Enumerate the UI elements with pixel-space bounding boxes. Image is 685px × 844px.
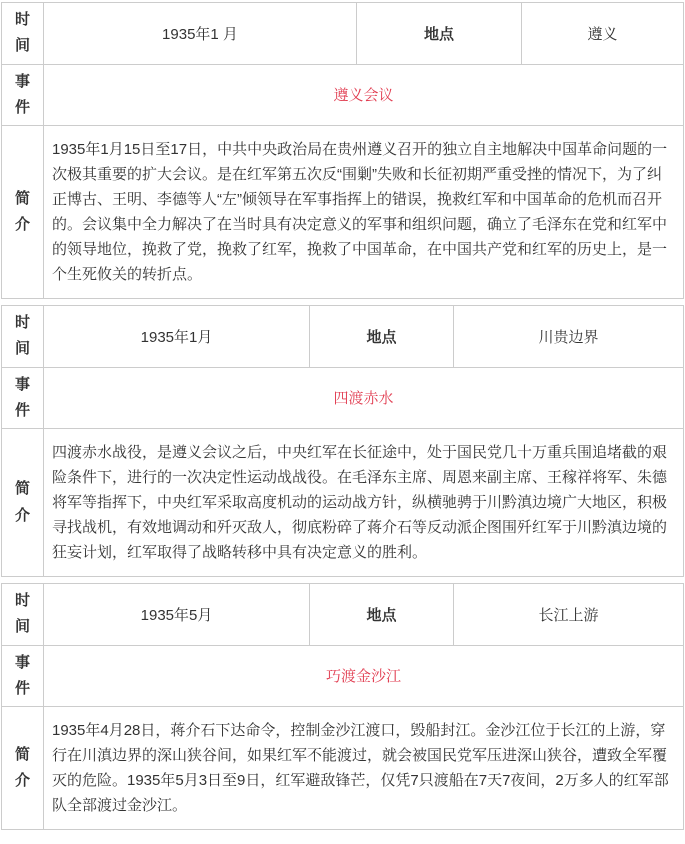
table-row: 事件 四渡赤水	[2, 367, 684, 429]
intro-label-cell: 简介	[2, 126, 44, 299]
table-row: 时间 1935年1 月 地点 遵义	[2, 3, 684, 65]
place-value: 遵义	[522, 3, 684, 65]
table-row: 简介 四渡赤水战役，是遵义会议之后，中央红军在长征途中，处于国民党几十万重兵围追…	[2, 429, 684, 577]
intro-text: 1935年1月15日至17日，中共中央政治局在贵州遵义召开的独立自主地解决中国革…	[44, 126, 684, 299]
table-row: 事件 巧渡金沙江	[2, 645, 684, 707]
time-label-cell: 时间	[2, 3, 44, 65]
time-value: 1935年1 月	[44, 3, 357, 65]
event-label: 事件	[14, 69, 31, 122]
table-row: 时间 1935年1月 地点 川贵边界	[2, 306, 684, 368]
time-label: 时间	[14, 7, 31, 60]
place-label: 地点	[357, 3, 522, 65]
intro-label-cell: 简介	[2, 429, 44, 577]
event-label-cell: 事件	[2, 64, 44, 126]
time-label: 时间	[14, 588, 31, 641]
event-table-sidu-chishui: 时间 1935年1月 地点 川贵边界 事件 四渡赤水 简介 四渡赤水战役，是遵义…	[1, 305, 684, 577]
event-label-cell: 事件	[2, 645, 44, 707]
time-label-cell: 时间	[2, 306, 44, 368]
place-label: 地点	[310, 306, 454, 368]
intro-label: 简介	[14, 476, 31, 529]
event-title: 遵义会议	[44, 64, 684, 126]
event-label: 事件	[14, 372, 31, 425]
event-label: 事件	[14, 650, 31, 703]
intro-label: 简介	[14, 742, 31, 795]
intro-label: 简介	[14, 186, 31, 239]
event-title: 巧渡金沙江	[44, 645, 684, 707]
time-value: 1935年1月	[44, 306, 310, 368]
table-row: 时间 1935年5月 地点 长江上游	[2, 584, 684, 646]
time-label-cell: 时间	[2, 584, 44, 646]
intro-text: 1935年4月28日，蒋介石下达命令，控制金沙江渡口，毁船封江。金沙江位于长江的…	[44, 707, 684, 830]
event-table-jinsha-river: 时间 1935年5月 地点 长江上游 事件 巧渡金沙江 简介 1935年4月28…	[1, 583, 684, 830]
table-row: 事件 遵义会议	[2, 64, 684, 126]
intro-text: 四渡赤水战役，是遵义会议之后，中央红军在长征途中，处于国民党几十万重兵围追堵截的…	[44, 429, 684, 577]
event-label-cell: 事件	[2, 367, 44, 429]
intro-label-cell: 简介	[2, 707, 44, 830]
place-label: 地点	[310, 584, 454, 646]
event-table-zunyi: 时间 1935年1 月 地点 遵义 事件 遵义会议 简介 1935年1月15日至…	[1, 2, 684, 299]
event-title: 四渡赤水	[44, 367, 684, 429]
table-row: 简介 1935年1月15日至17日，中共中央政治局在贵州遵义召开的独立自主地解决…	[2, 126, 684, 299]
place-value: 长江上游	[454, 584, 684, 646]
time-value: 1935年5月	[44, 584, 310, 646]
time-label: 时间	[14, 310, 31, 363]
page: 时间 1935年1 月 地点 遵义 事件 遵义会议 简介 1935年1月15日至…	[0, 0, 685, 838]
table-row: 简介 1935年4月28日，蒋介石下达命令，控制金沙江渡口，毁船封江。金沙江位于…	[2, 707, 684, 830]
place-value: 川贵边界	[454, 306, 684, 368]
